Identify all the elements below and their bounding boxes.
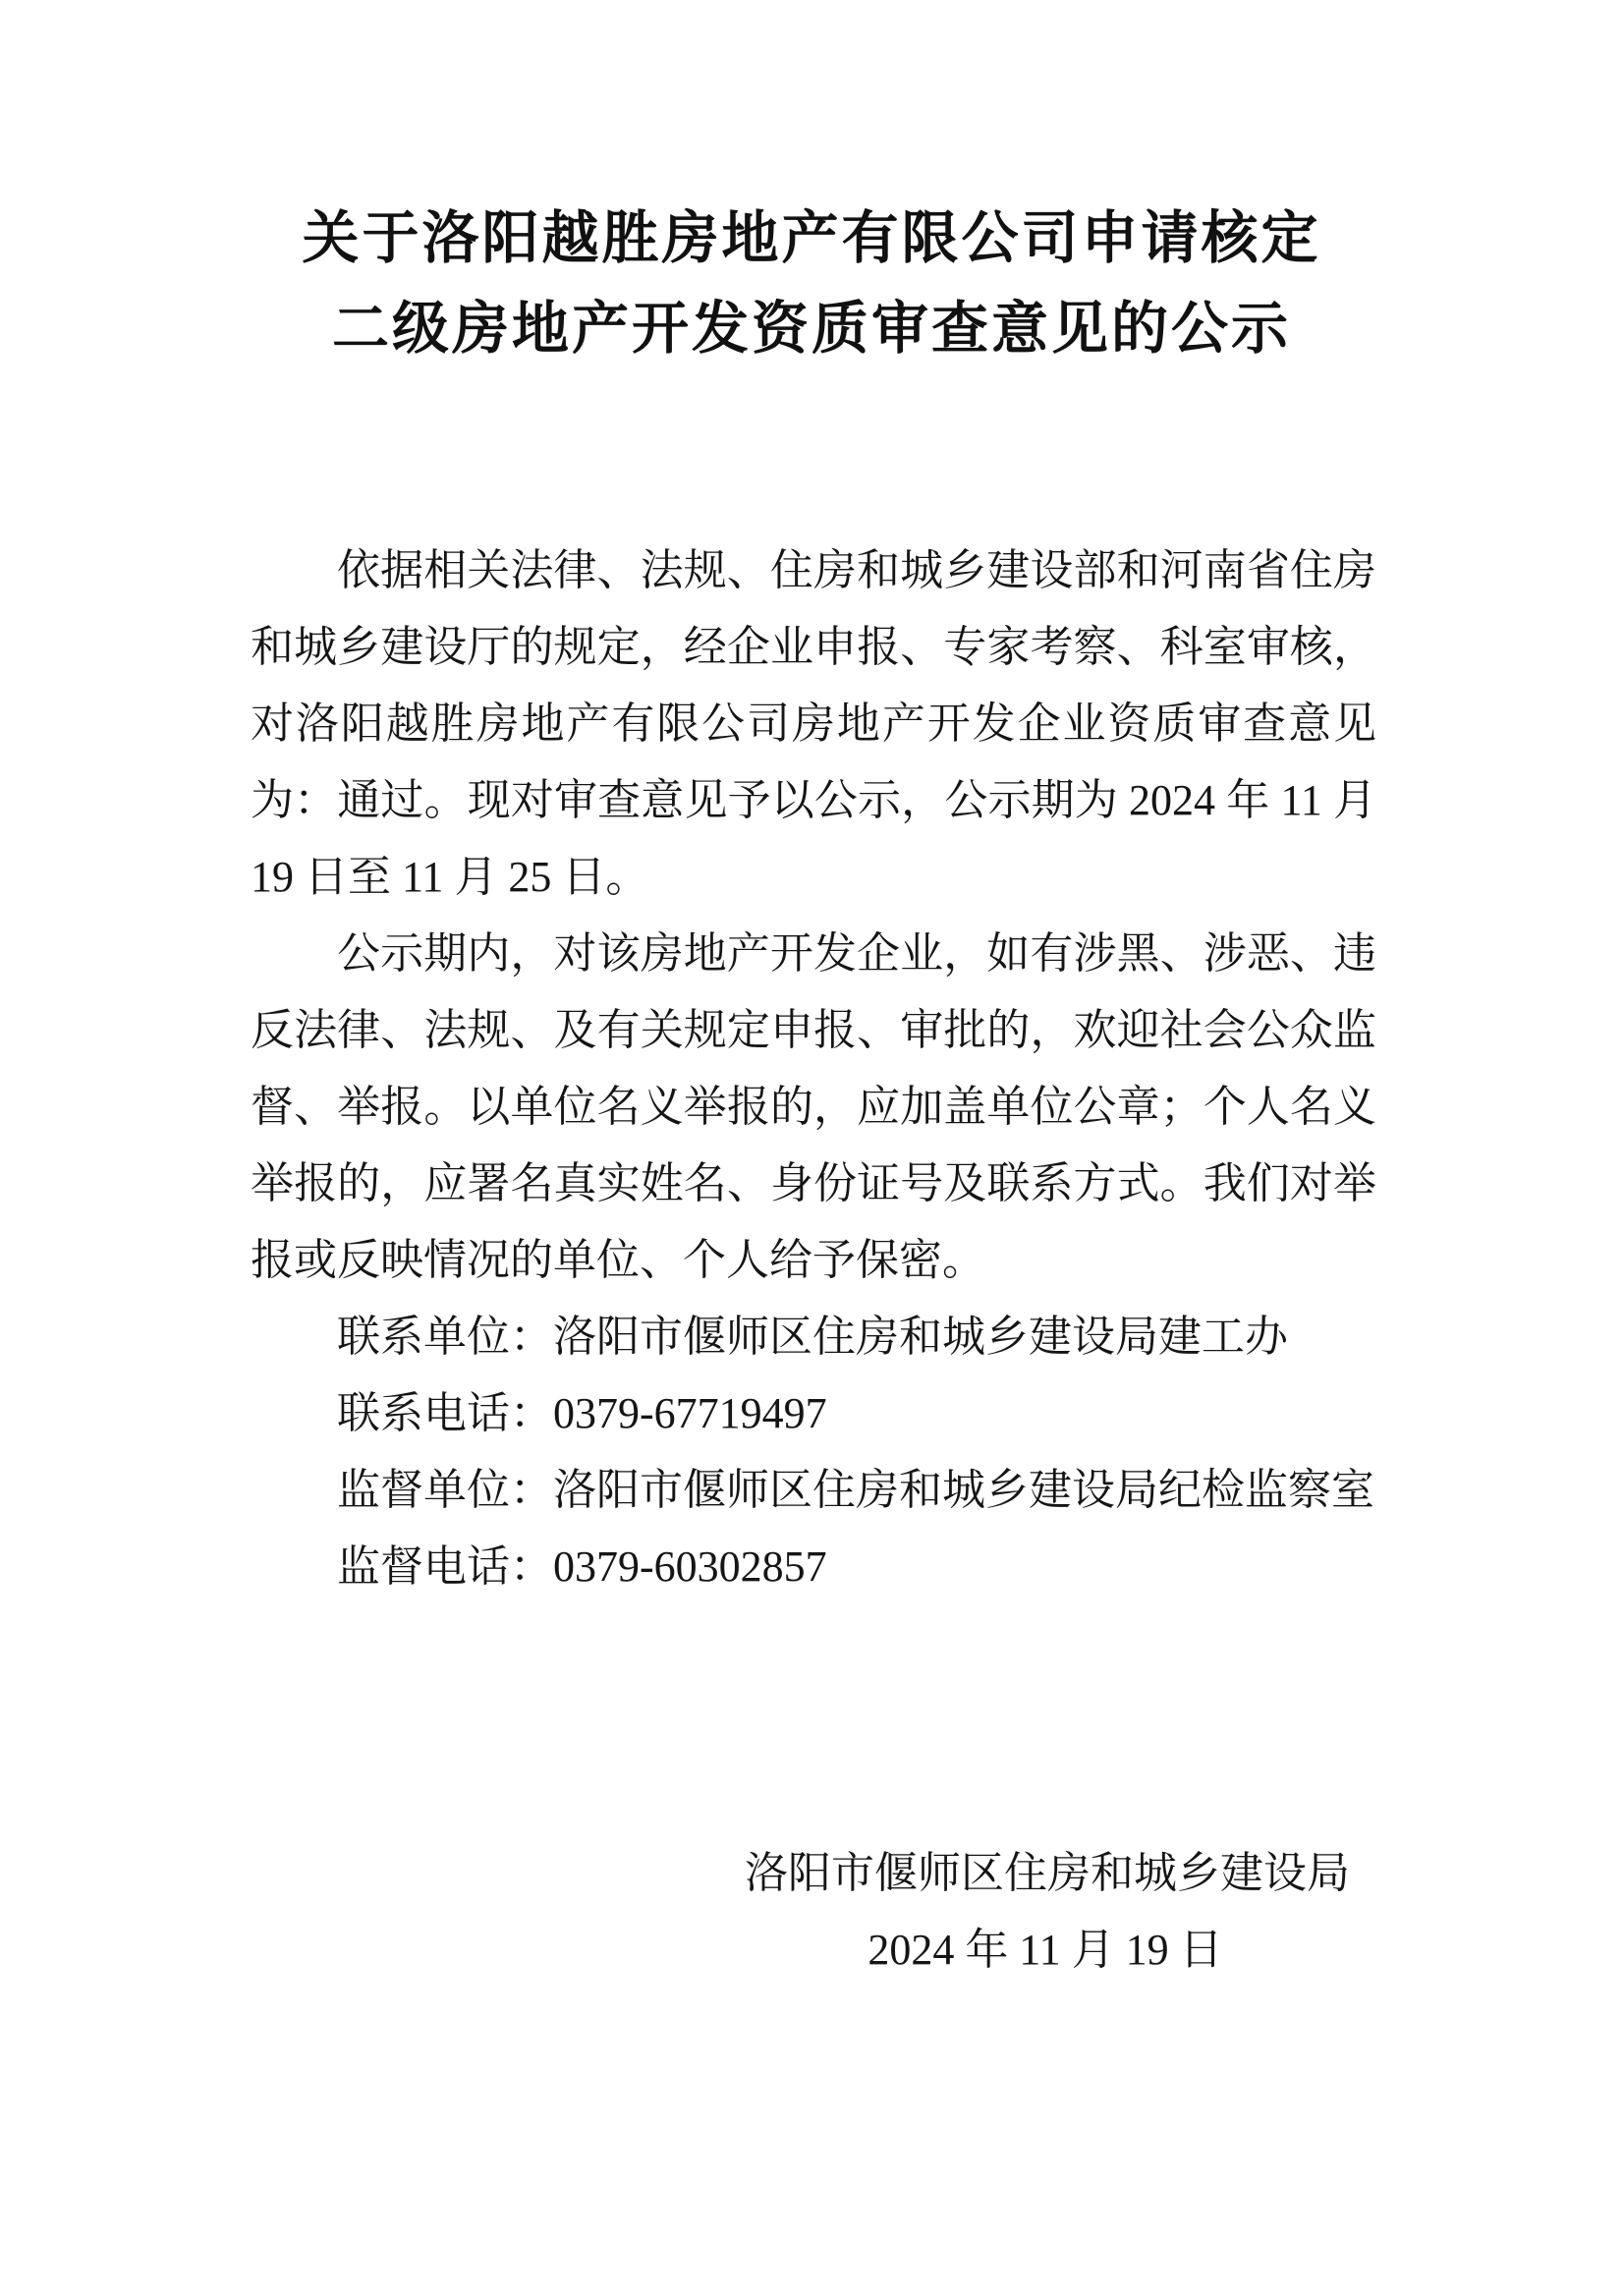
page-title: 关于洛阳越胜房地产有限公司申请核定 二级房地产开发资质审查意见的公示 [0, 0, 1623, 374]
title-line-1: 关于洛阳越胜房地产有限公司申请核定 [0, 194, 1623, 284]
supervision-unit-line: 监督单位：洛阳市偃师区住房和城乡建设局纪检监察室 [251, 1452, 1376, 1529]
notice-page: 关于洛阳越胜房地产有限公司申请核定 二级房地产开发资质审查意见的公示 依据相关法… [0, 0, 1623, 2296]
signature-block: 洛阳市偃师区住房和城乡建设局 2024 年 11 月 19 日 [745, 1835, 1346, 1988]
supervision-phone-line: 监督电话：0379-60302857 [251, 1529, 1376, 1605]
paragraph-legal-basis: 依据相关法律、法规、住房和城乡建设部和河南省住房和城乡建设厅的规定，经企业申报、… [251, 532, 1376, 916]
title-line-2: 二级房地产开发资质审查意见的公示 [0, 284, 1623, 374]
contact-phone-line: 联系电话：0379-67719497 [251, 1375, 1376, 1452]
paragraph-supervision-notice: 公示期内，对该房地产开发企业，如有涉黑、涉恶、违反法律、法规、及有关规定申报、审… [251, 916, 1376, 1299]
signature-date: 2024 年 11 月 19 日 [745, 1912, 1346, 1988]
notice-body: 依据相关法律、法规、住房和城乡建设部和河南省住房和城乡建设厅的规定，经企业申报、… [251, 532, 1376, 1605]
contact-unit-line: 联系单位：洛阳市偃师区住房和城乡建设局建工办 [251, 1299, 1376, 1375]
signature-org: 洛阳市偃师区住房和城乡建设局 [745, 1835, 1346, 1912]
